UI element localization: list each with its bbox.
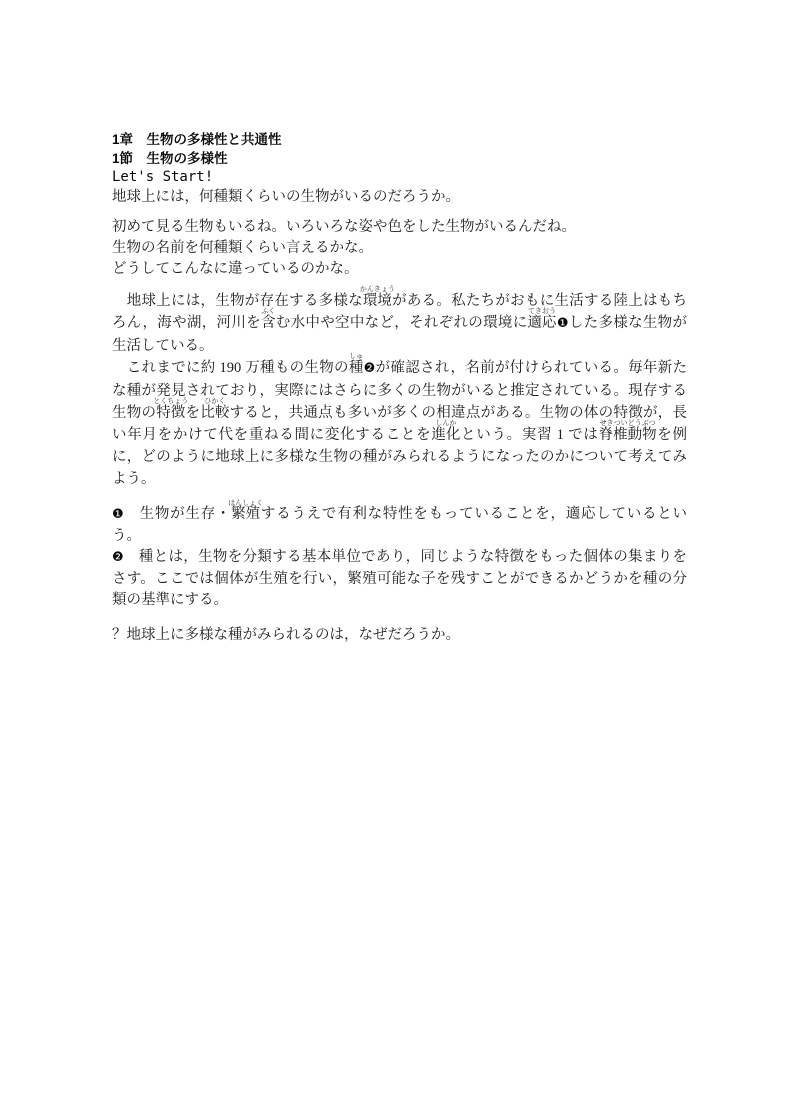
furigana: はんしょく	[228, 500, 263, 507]
paragraph-environments: 地球上には，生物が存在する多様なかんきょう環境がある。私たちがおもに生活する陸上…	[112, 290, 687, 357]
furigana: しゅ	[349, 353, 363, 360]
ruby-word: せきついどうぶつ脊椎動物	[599, 424, 657, 446]
spacer	[112, 208, 687, 217]
ruby-word: はんしょく繁殖	[231, 504, 260, 526]
ruby-word: ふく含	[261, 312, 276, 334]
lets-start-label: Let's Start!	[112, 168, 687, 187]
ruby-word: しゅ種	[349, 357, 364, 379]
spacer	[112, 612, 687, 625]
section-heading: 1節 生物の多様性	[112, 149, 687, 168]
ruby-word: しんか進化	[431, 424, 460, 446]
furigana: しんか	[435, 420, 456, 427]
lead-question: 地球上には，何種類くらいの生物がいるのだろうか。	[112, 187, 687, 208]
chapter-heading: 1章 生物の多様性と共通性	[112, 130, 687, 149]
note-marker-icon: ❷	[112, 550, 124, 565]
student-comment-1: 初めて見る生物もいるね。いろいろな姿や色をした生物がいるんだね。	[112, 217, 687, 238]
furigana: せきついどうぶつ	[600, 420, 656, 427]
footnote-2: ❷ 種とは，生物を分類する基本単位であり，同じような特徴をもった個体の集まりをさ…	[112, 547, 687, 612]
note-marker-icon: ❶	[557, 316, 569, 331]
note-marker-icon: ❷	[363, 361, 375, 376]
textbook-page: 1章 生物の多様性と共通性 1節 生物の多様性 Let's Start! 地球上…	[0, 0, 790, 1117]
furigana: とくちょう	[153, 398, 188, 405]
furigana: ひかく	[204, 398, 225, 405]
furigana: ふく	[261, 308, 275, 315]
ruby-word: てきおう適応	[528, 312, 557, 334]
inquiry-question: ？地球上に多様な種がみられるのは，なぜだろうか。	[112, 625, 687, 646]
student-comment-3: どうしてこんなに違っているのかな。	[112, 259, 687, 280]
spacer	[112, 490, 687, 504]
note-marker-icon: ❶	[112, 507, 124, 522]
furigana: てきおう	[528, 308, 556, 315]
ruby-word: ひかく比較	[200, 402, 229, 424]
ruby-word: かんきょう環境	[363, 290, 392, 312]
student-comment-2: 生物の名前を何種類くらい言えるかな。	[112, 238, 687, 259]
ruby-word: とくちょう特徴	[156, 402, 185, 424]
document-body: 1章 生物の多様性と共通性 1節 生物の多様性 Let's Start! 地球上…	[112, 130, 687, 646]
footnote-1: ❶ 生物が生存・はんしょく繁殖するうえで有利な特性をもっていることを，適応してい…	[112, 504, 687, 547]
furigana: かんきょう	[360, 286, 395, 293]
spacer	[112, 280, 687, 290]
paragraph-species-count: これまでに約 190 万種もの生物のしゅ種❷が確認され，名前が付けられている。毎…	[112, 357, 687, 490]
